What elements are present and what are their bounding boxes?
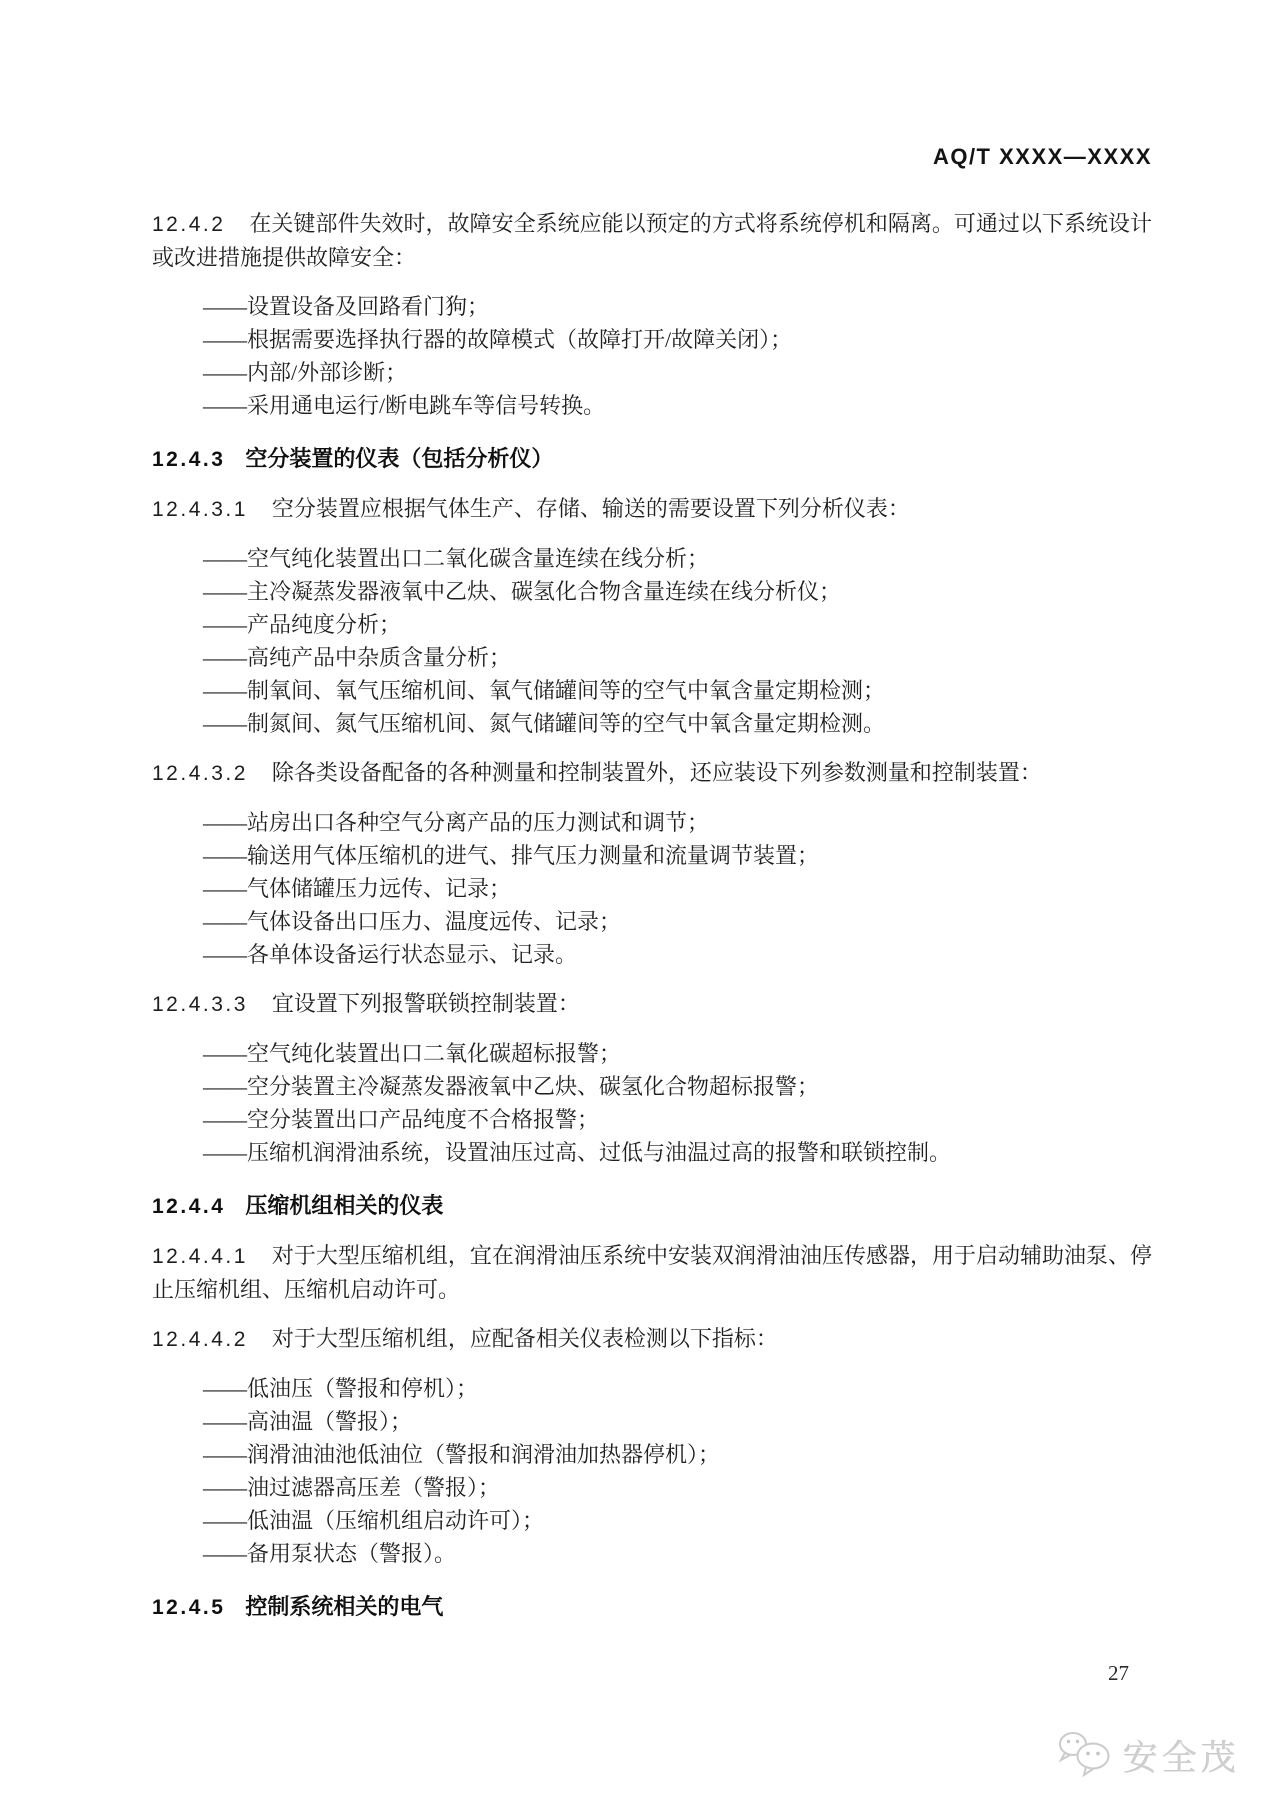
dash-list-item: ——备用泵状态（警报）。 xyxy=(203,1537,1152,1570)
watermark-brand-text: 安全茂 xyxy=(1123,1731,1240,1781)
clause-number: 12.4.2 xyxy=(152,213,249,236)
clause-paragraph: 12.4.3.2除各类设备配备的各种测量和控制装置外，还应装设下列参数测量和控制… xyxy=(152,756,1152,790)
dash-list-item: ——输送用气体压缩机的进气、排气压力测量和流量调节装置； xyxy=(203,839,1152,872)
dash-list-item: ——高油温（警报）； xyxy=(203,1405,1152,1438)
clause-paragraph: 12.4.4.2对于大型压缩机组，应配备相关仪表检测以下指标： xyxy=(152,1322,1152,1356)
dash-list-item: ——高纯产品中杂质含量分析； xyxy=(203,641,1152,674)
clause-dash-list: ——设置设备及回路看门狗；——根据需要选择执行器的故障模式（故障打开/故障关闭）… xyxy=(152,290,1152,422)
clause-text: 对于大型压缩机组，宜在润滑油压系统中安装双润滑油油压传感器，用于启动辅助油泵、停… xyxy=(152,1243,1152,1302)
dash-list-item: ——产品纯度分析； xyxy=(203,608,1152,641)
dash-list-item: ——制氮间、氮气压缩机间、氮气储罐间等的空气中氧含量定期检测。 xyxy=(203,707,1152,740)
dash-list-item: ——制氧间、氧气压缩机间、氧气储罐间等的空气中氧含量定期检测； xyxy=(203,674,1152,707)
clause-text: 压缩机组相关的仪表 xyxy=(245,1193,443,1218)
clause-text: 空分装置的仪表（包括分析仪） xyxy=(245,446,553,471)
clause-text: 控制系统相关的电气 xyxy=(245,1594,443,1619)
clause-paragraph: 12.4.3.3宜设置下列报警联锁控制装置： xyxy=(152,987,1152,1021)
publisher-watermark: 安全茂 xyxy=(1056,1729,1240,1782)
clause-dash-list: ——站房出口各种空气分离产品的压力测试和调节；——输送用气体压缩机的进气、排气压… xyxy=(152,806,1152,971)
clause-heading: 12.4.5控制系统相关的电气 xyxy=(152,1590,1152,1624)
dash-list-item: ——站房出口各种空气分离产品的压力测试和调节； xyxy=(203,806,1152,839)
clause-dash-list: ——空气纯化装置出口二氧化碳含量连续在线分析；——主冷凝蒸发器液氧中乙炔、碳氢化… xyxy=(152,542,1152,740)
document-page: AQ/T XXXX—XXXX 12.4.2在关键部件失效时，故障安全系统应能以预… xyxy=(0,0,1280,1810)
dash-list-item: ——空气纯化装置出口二氧化碳含量连续在线分析； xyxy=(203,542,1152,575)
clause-dash-list: ——空气纯化装置出口二氧化碳超标报警；——空分装置主冷凝蒸发器液氧中乙炔、碳氢化… xyxy=(152,1037,1152,1169)
clause-number: 12.4.5 xyxy=(152,1596,245,1619)
clause-text: 对于大型压缩机组，应配备相关仪表检测以下指标： xyxy=(272,1326,778,1351)
wechat-icon xyxy=(1056,1729,1114,1782)
dash-list-item: ——气体储罐压力远传、记录； xyxy=(203,872,1152,905)
dash-list-item: ——根据需要选择执行器的故障模式（故障打开/故障关闭）； xyxy=(203,323,1152,356)
dash-list-item: ——气体设备出口压力、温度远传、记录； xyxy=(203,905,1152,938)
clause-number: 12.4.4.2 xyxy=(152,1328,272,1351)
clause-number: 12.4.3.2 xyxy=(152,762,272,785)
dash-list-item: ——主冷凝蒸发器液氧中乙炔、碳氢化合物含量连续在线分析仪； xyxy=(203,575,1152,608)
clause-paragraph: 12.4.4.1对于大型压缩机组，宜在润滑油压系统中安装双润滑油油压传感器，用于… xyxy=(152,1239,1152,1306)
clause-text: 空分装置应根据气体生产、存储、输送的需要设置下列分析仪表： xyxy=(272,496,910,521)
dash-list-item: ——油过滤器高压差（警报）； xyxy=(203,1471,1152,1504)
document-body: 12.4.2在关键部件失效时，故障安全系统应能以预定的方式将系统停机和隔离。可通… xyxy=(152,207,1152,1624)
clause-heading: 12.4.3空分装置的仪表（包括分析仪） xyxy=(152,442,1152,476)
dash-list-item: ——设置设备及回路看门狗； xyxy=(203,290,1152,323)
clause-number: 12.4.3.3 xyxy=(152,993,272,1016)
page-number: 27 xyxy=(1108,1661,1129,1686)
clause-number: 12.4.4 xyxy=(152,1195,245,1218)
dash-list-item: ——采用通电运行/断电跳车等信号转换。 xyxy=(203,389,1152,422)
clause-dash-list: ——低油压（警报和停机）；——高油温（警报）；——润滑油油池低油位（警报和润滑油… xyxy=(152,1372,1152,1570)
dash-list-item: ——空气纯化装置出口二氧化碳超标报警； xyxy=(203,1037,1152,1070)
clause-number: 12.4.4.1 xyxy=(152,1245,272,1268)
dash-list-item: ——压缩机润滑油系统，设置油压过高、过低与油温过高的报警和联锁控制。 xyxy=(203,1136,1152,1169)
dash-list-item: ——各单体设备运行状态显示、记录。 xyxy=(203,938,1152,971)
clause-heading: 12.4.4压缩机组相关的仪表 xyxy=(152,1189,1152,1223)
dash-list-item: ——空分装置出口产品纯度不合格报警； xyxy=(203,1103,1152,1136)
clause-number: 12.4.3 xyxy=(152,448,245,471)
standard-code-header: AQ/T XXXX—XXXX xyxy=(152,144,1152,170)
dash-list-item: ——内部/外部诊断； xyxy=(203,356,1152,389)
dash-list-item: ——低油温（压缩机组启动许可）； xyxy=(203,1504,1152,1537)
dash-list-item: ——润滑油油池低油位（警报和润滑油加热器停机）； xyxy=(203,1438,1152,1471)
clause-text: 宜设置下列报警联锁控制装置： xyxy=(272,991,580,1016)
clause-paragraph: 12.4.3.1空分装置应根据气体生产、存储、输送的需要设置下列分析仪表： xyxy=(152,492,1152,526)
dash-list-item: ——空分装置主冷凝蒸发器液氧中乙炔、碳氢化合物超标报警； xyxy=(203,1070,1152,1103)
clause-text: 除各类设备配备的各种测量和控制装置外，还应装设下列参数测量和控制装置： xyxy=(272,760,1042,785)
clause-paragraph: 12.4.2在关键部件失效时，故障安全系统应能以预定的方式将系统停机和隔离。可通… xyxy=(152,207,1152,274)
clause-text: 在关键部件失效时，故障安全系统应能以预定的方式将系统停机和隔离。可通过以下系统设… xyxy=(152,211,1152,270)
clause-number: 12.4.3.1 xyxy=(152,498,272,521)
dash-list-item: ——低油压（警报和停机）； xyxy=(203,1372,1152,1405)
